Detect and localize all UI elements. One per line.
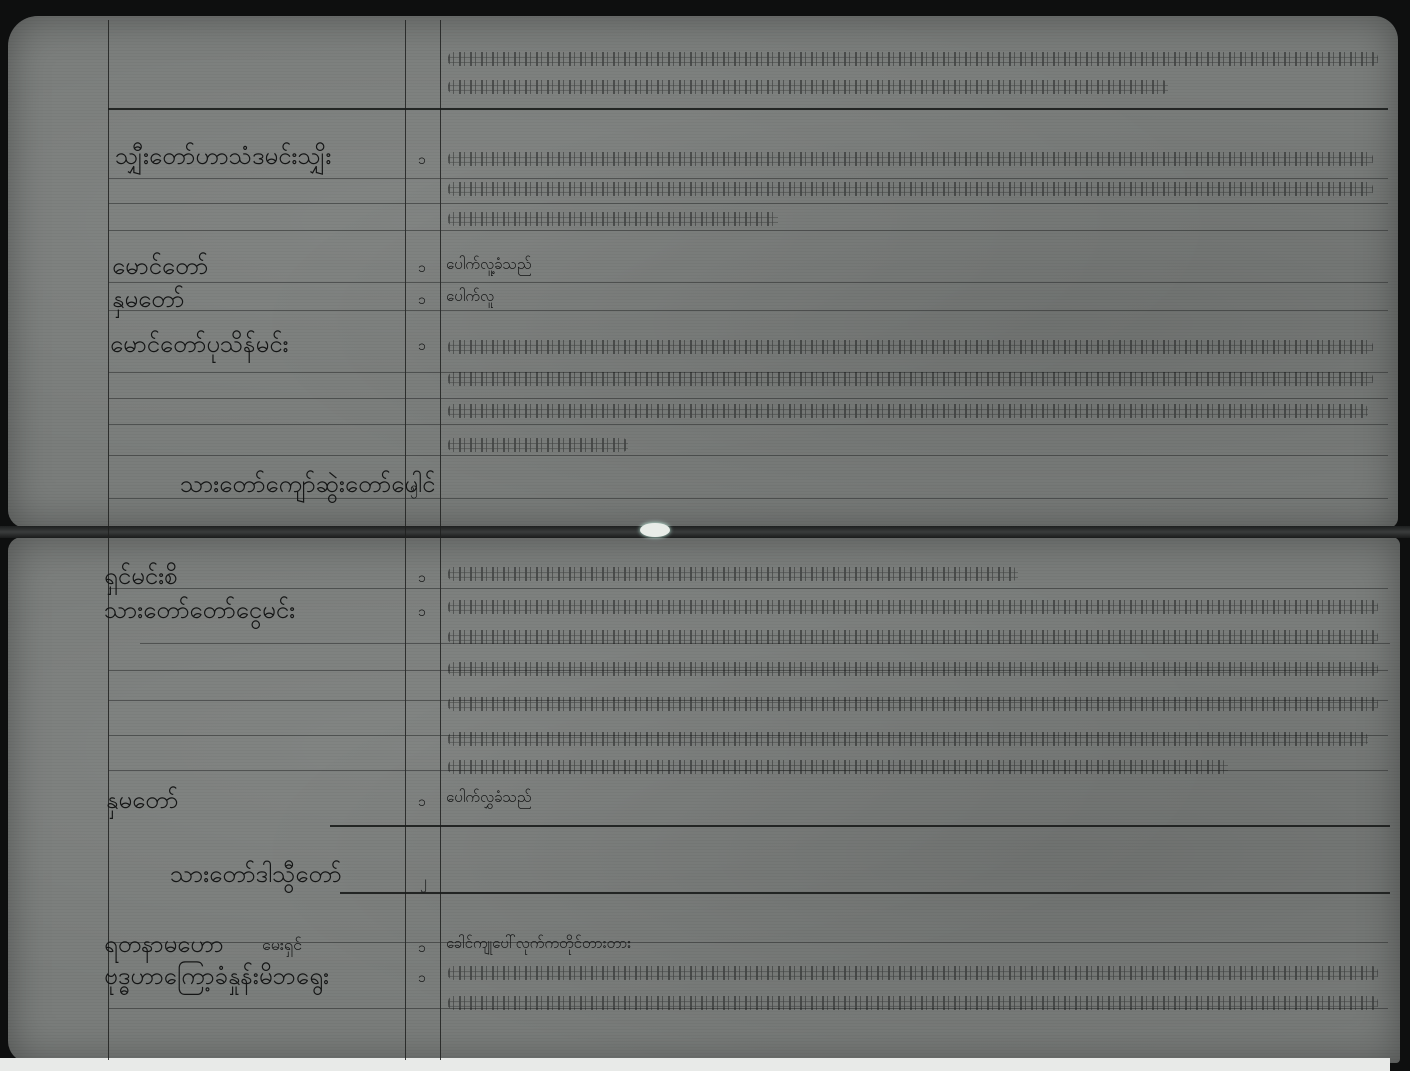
section-numeral: ၂ <box>420 872 427 893</box>
page-fold <box>0 526 1410 538</box>
rule <box>108 178 1388 179</box>
entry-numeral: ၁ <box>418 938 426 959</box>
entry-body-text: ပေါက်လူ <box>446 287 494 309</box>
entry-body-line <box>448 372 1373 386</box>
bottom-paper-edge <box>0 1058 1390 1071</box>
continuation-text-line <box>448 80 1168 94</box>
rule <box>330 825 1390 827</box>
rule <box>108 108 1388 110</box>
entry-numeral: ၁ <box>418 792 426 813</box>
entry-body-line <box>448 630 1378 644</box>
entry-body-line <box>448 340 1373 354</box>
entry-numeral: ၁ <box>418 150 426 171</box>
entry-name: နှမတော် <box>112 283 184 319</box>
entry-body-line <box>448 760 1228 774</box>
entry-name: မောင်တော်ပုသိန်မင်း <box>110 328 289 364</box>
entry-numeral: ၁ <box>418 602 426 623</box>
rule <box>108 424 1388 425</box>
rule <box>108 230 1388 231</box>
entry-body-line <box>448 182 1373 196</box>
entry-numeral: ၁ <box>418 968 426 989</box>
section-heading: သားတော်ဒါသွီတော် <box>170 858 342 894</box>
entry-body-line <box>448 732 1368 746</box>
entry-body-line <box>448 152 1373 166</box>
entry-name: နှမတော် <box>106 784 178 820</box>
continuation-text-line <box>448 52 1378 66</box>
entry-annotation: မေးရှင် <box>262 934 302 958</box>
entry-body-line <box>448 662 1378 676</box>
rule <box>108 398 1388 399</box>
fold-hole <box>640 523 670 537</box>
entry-body-line <box>448 697 1378 711</box>
entry-body-text: ခေါင်ကျုပေါ်လုက်ကတိုင်တားတား <box>446 934 631 956</box>
section-heading: သားတော်ကျော်ဆွဲးတော်ပေါင် <box>180 468 435 504</box>
entry-body-line <box>448 996 1378 1010</box>
numeral-column-rule <box>405 20 406 1060</box>
entry-name: သျှီးတော်ဟာသံဒမင်းသျှိး <box>115 140 332 176</box>
entry-numeral: ၁ <box>418 290 426 311</box>
rule <box>108 455 1388 456</box>
entry-numeral: ၁ <box>418 336 426 357</box>
entry-body-text: ပေါက်လူ့ခံသည် <box>446 255 531 277</box>
entry-body-line <box>448 567 1018 581</box>
rule <box>340 892 1390 894</box>
rule <box>108 282 1388 283</box>
entry-name: ဗုဒ္ဓဟာ‌ကြော့ခံနှုန်းမိဘရွေး <box>104 960 329 996</box>
rule <box>108 588 1388 589</box>
entry-body-line <box>448 600 1378 614</box>
entry-body-line <box>448 966 1378 980</box>
section-numeral: ၅ <box>410 478 418 499</box>
margin-rule-left <box>108 20 109 1060</box>
entry-name: သားတော်တော်ငွေမင်း <box>104 594 295 630</box>
rule <box>108 203 1388 204</box>
entry-name: မောင်တော် <box>112 250 208 286</box>
body-column-rule <box>440 20 441 1060</box>
entry-name: ရှင်မင်းစိ <box>104 560 178 596</box>
entry-numeral: ၁ <box>418 258 426 279</box>
entry-name: ရတနာမဟော <box>104 928 224 964</box>
entry-body-line <box>448 212 778 226</box>
rule <box>108 310 1388 311</box>
entry-body-text: ပေါက်လွှခံသည် <box>446 788 531 810</box>
entry-numeral: ၁ <box>418 568 426 589</box>
entry-body-line <box>448 404 1368 418</box>
entry-body-line <box>448 438 628 452</box>
